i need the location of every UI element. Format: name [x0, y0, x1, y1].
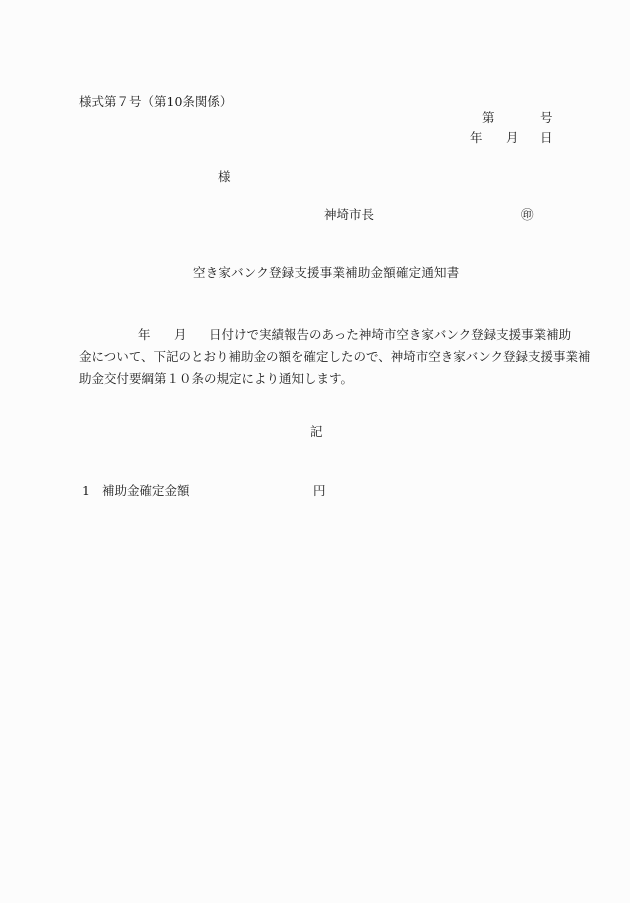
issuer: 神埼市長 ㊞	[0, 209, 630, 225]
issue-date: 年 月 日	[0, 132, 630, 148]
document-number-prefix: 第	[482, 112, 495, 125]
body-line-3: 助金交付要綱第１０条の規定により通知します。	[79, 368, 555, 390]
item-unit: 円	[313, 485, 326, 498]
date-day: 日	[540, 132, 553, 145]
form-reference: 様式第７号（第10条関係）	[79, 96, 232, 109]
body-date-year: 年	[138, 324, 151, 346]
item-row: 1 補助金確定金額 円	[0, 485, 630, 501]
issuer-name: 神埼市長	[324, 209, 374, 222]
date-year: 年	[470, 132, 483, 145]
body-line-1: 年 月 日付けで実績報告のあった神埼市空き家バンク登録支援事業補助	[79, 324, 555, 346]
addressee-suffix: 様	[218, 171, 231, 184]
document-title: 空き家バンク登録支援事業補助金額確定通知書	[193, 267, 459, 280]
body-line-2: 金について、下記のとおり補助金の額を確定したので、神埼市空き家バンク登録支援事業…	[79, 346, 555, 368]
body-paragraph: 年 月 日付けで実績報告のあった神埼市空き家バンク登録支援事業補助 金について、…	[79, 324, 555, 390]
body-date-month: 月	[174, 324, 187, 346]
item-label: 補助金確定金額	[102, 485, 190, 498]
document-number: 第 号	[0, 112, 630, 128]
seal-icon: ㊞	[521, 209, 534, 222]
date-month: 月	[506, 132, 519, 145]
item-number: 1	[82, 485, 90, 498]
body-line-1-text: 日付けで実績報告のあった神埼市空き家バンク登録支援事業補助	[209, 324, 571, 346]
ki-heading: 記	[310, 426, 323, 439]
document-number-suffix: 号	[540, 112, 553, 125]
